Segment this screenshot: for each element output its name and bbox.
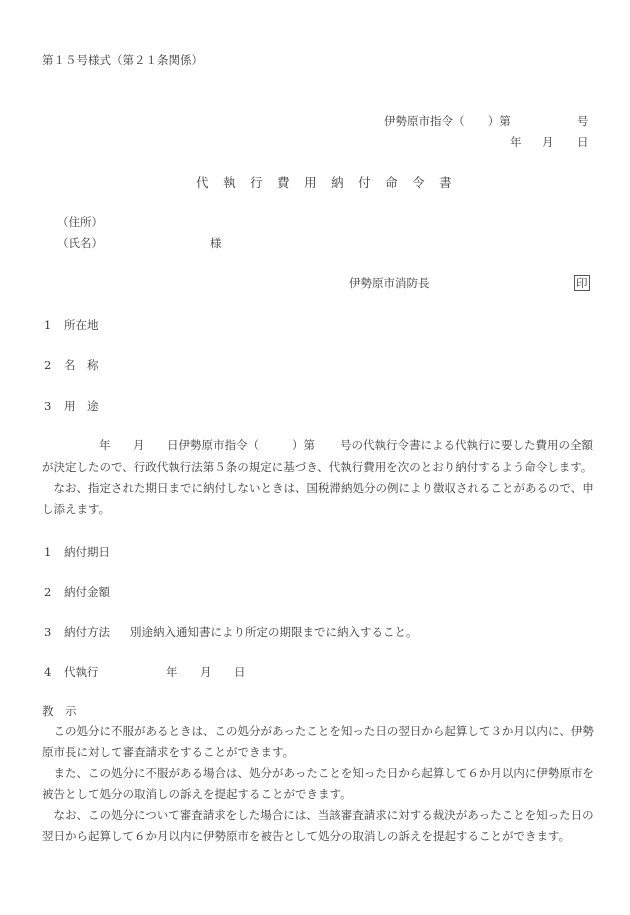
- title-char: 付: [358, 176, 371, 190]
- instruction-heading: 教 示: [42, 704, 77, 718]
- execution-year: 年: [166, 665, 178, 679]
- payment-method-value: 別途納入通知書により所定の期限までに納入すること。: [130, 625, 418, 639]
- title-char: 代: [196, 176, 209, 190]
- target-item-label: 所在地: [64, 318, 99, 332]
- execution-month: 月: [200, 665, 212, 679]
- title-char: 行: [250, 176, 263, 190]
- honorific: 様: [210, 236, 222, 250]
- body-line3: なお、指定された期日までに納付しないときは、国税滞納処分の例により徴収されること…: [42, 481, 594, 495]
- date-year: 年: [510, 135, 522, 149]
- payment-item-num: 3: [44, 625, 51, 639]
- target-item-num: 2: [44, 358, 51, 372]
- body-line4: し添えます。: [42, 502, 110, 516]
- payment-item-num: 2: [44, 585, 51, 599]
- target-item-label: 名 称: [64, 358, 99, 372]
- instruction-line: なお、この処分について審査請求をした場合には、当該審査請求に対する裁決があったこ…: [42, 808, 594, 822]
- address-label: （住所）: [57, 215, 103, 229]
- seal-mark: 印: [574, 275, 590, 291]
- issuer-name: 伊勢原市消防長: [349, 276, 430, 290]
- form-label: 第１５号様式（第２１条関係）: [42, 53, 203, 67]
- body-line2: が決定したので、行政代執行法第５条の規定に基づき、代執行費用を次のとおり納付する…: [42, 460, 592, 474]
- payment-item-label: 代執行: [64, 665, 99, 679]
- body-line1-rest: 号の代執行令書による代執行に要した費用の全額: [340, 438, 593, 452]
- name-label: （氏名）: [57, 236, 103, 250]
- title-char: 費: [277, 176, 290, 190]
- body-day-order: 日伊勢原市指令（: [167, 438, 259, 452]
- order-paren-close: ）第: [488, 114, 511, 128]
- order-number-line: 伊勢原市指令（ ）第: [384, 114, 511, 128]
- date-day: 日: [577, 135, 589, 149]
- instruction-line: 原市長に対して審査請求をすることができます。: [42, 745, 294, 759]
- body-month: 月: [133, 438, 145, 452]
- title-char: 執: [223, 176, 236, 190]
- order-prefix: 伊勢原市指令（: [384, 114, 465, 128]
- title-char: 用: [304, 176, 317, 190]
- payment-item-label: 納付方法: [64, 625, 110, 639]
- instruction-line: この処分に不服があるときは、この処分があったことを知った日の翌日から起算して３か…: [42, 724, 594, 738]
- payment-item-label: 納付金額: [64, 585, 110, 599]
- title-char: 納: [331, 176, 344, 190]
- target-item-label: 用 途: [64, 399, 99, 413]
- execution-day: 日: [234, 665, 246, 679]
- body-paren-close: ）第: [292, 438, 315, 452]
- payment-item-num: 4: [44, 665, 51, 679]
- target-item-num: 3: [44, 399, 51, 413]
- instruction-line: また、この処分に不服がある場合は、処分があったことを知った日から起算して６か月以…: [42, 766, 594, 780]
- target-item-num: 1: [44, 318, 51, 332]
- instruction-line: 翌日から起算して６か月以内に伊勢原市を被告として処分の取消しの訴えを提起すること…: [42, 829, 570, 843]
- title-char: 令: [412, 176, 425, 190]
- order-number-suffix: 号: [577, 114, 589, 128]
- title-char: 書: [439, 176, 452, 190]
- date-month: 月: [542, 135, 554, 149]
- title-char: 命: [385, 176, 398, 190]
- payment-item-label: 納付期日: [64, 545, 110, 559]
- payment-item-num: 1: [44, 545, 51, 559]
- document-title: 代執行費用納付命令書: [196, 176, 466, 190]
- body-year: 年: [99, 438, 111, 452]
- instruction-line: 被告として処分の取消しの訴えを提起することができます。: [42, 787, 352, 801]
